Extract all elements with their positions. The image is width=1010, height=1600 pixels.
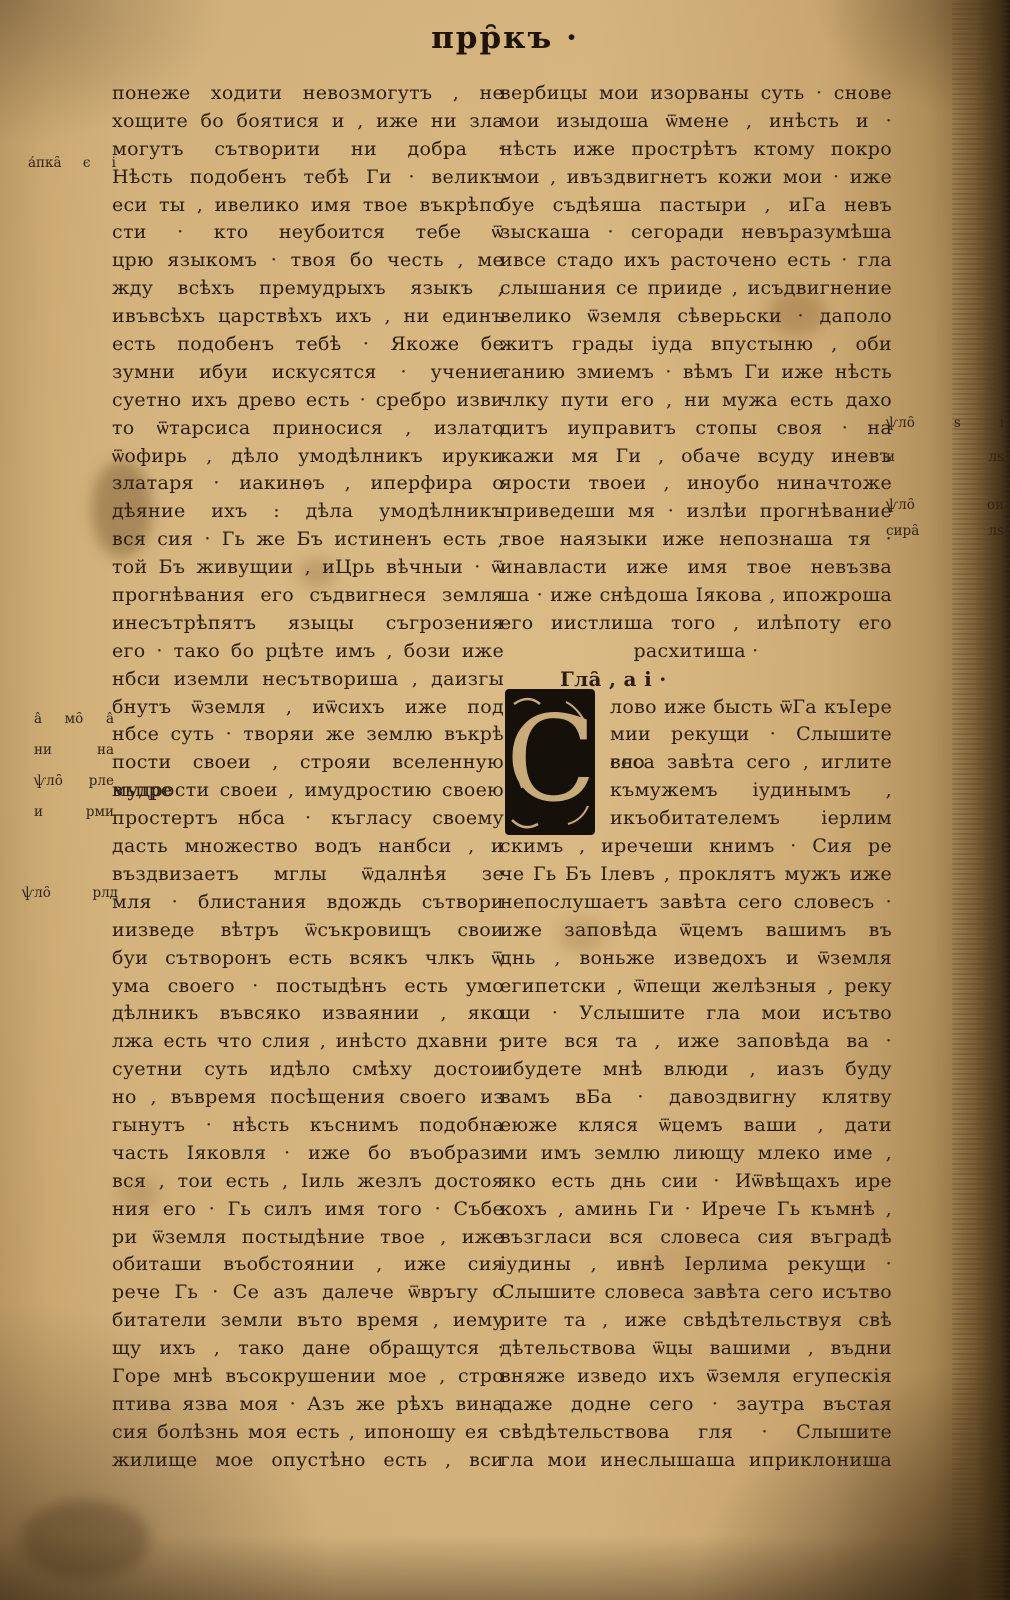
text-line: дѣтельствова ѿцы вашими , въдни [500,1335,892,1363]
text-line: вся , тои есть , Іиль жезлъ достоя [112,1168,504,1196]
text-line: ѿофирь , дѣло умодѣлникъ ируки [112,443,504,471]
text-line: мудрости своеи , имудростию своею [112,777,504,805]
text-line: вняже изведо ихъ ѿземля егупескія [500,1363,892,1391]
margin-note-psalm-sirach: ѱло̑ оисира̑ лѕ [886,492,1004,544]
text-line: еси ты , ивелико имя твое въкрѣпо [112,192,504,220]
text-line: вамъ вБа · давоздвигну клятву [500,1084,892,1112]
text-line: бнутъ ѿземля , иѿсихъ иже под [112,694,504,722]
text-line: вербицы мои изорваны суть · снове [500,80,892,108]
margin-note-line: ни на [34,735,114,766]
text-line: златаря · иакинѳъ , иперфира о [112,470,504,498]
text-line: суетни суть идѣло смѣху достои [112,1056,504,1084]
margin-note-line: ѱло̑ рле [34,766,114,797]
margin-note-line: и лѕ [886,440,1004,474]
book-page: прр̑къ · а́пка̑ є і а̂ мо̑ а̂ни наѱло̑ р… [0,0,1010,1600]
text-line: его иистлиша того , илѣпоту его [500,610,892,638]
text-line: танию змиемъ · вѣмъ Ги иже нѣсть [500,359,892,387]
page-edge-shadow [952,0,1010,1600]
text-line: дасть множество водъ нанбси , и [112,833,504,861]
text-line: рече Гь · Се азъ далече ѿвръгу о [112,1279,504,1307]
text-line: щу ихъ , тако дане обращутся · [112,1335,504,1363]
text-line: скимъ , иречеши книмъ · Сия ре [500,833,892,861]
text-line: буи сътворонъ есть всякъ члкъ ѿ [112,945,504,973]
margin-note-moses-psalms: а̂ мо̑ а̂ни наѱло̑ рлеи рми [34,704,114,828]
text-line: расхитиша · [500,638,892,666]
text-line: зумни ибуи искусятся · учение [112,359,504,387]
text-line: прогнѣвания его съдвигнеся земля [112,582,504,610]
text-line: птива язва моя · Азъ же рѣхъ вина [112,1391,504,1419]
text-line: кохъ , аминь Ги · Ирече Гь къмнѣ , [500,1196,892,1224]
text-line: той Бъ живущии , иЦрь вѣчныи · ѿ [112,554,504,582]
text-line: яко есть днь сии · Иѿвѣщахъ ире [500,1168,892,1196]
text-line: иизведе вѣтръ ѿсъкровищъ свои [112,917,504,945]
text-line: могутъ сътворити ни добра · [112,136,504,164]
text-line: ша · иже снѣдоша Іякова , ипожроша [500,582,892,610]
text-line: непослушаетъ завѣта сего словесъ · [500,889,892,917]
margin-note-line: ѱло̑ рлд [22,880,118,906]
text-line: иже заповѣда ѿцемъ вашимъ въ [500,917,892,945]
text-line: его · тако бо рцѣте имъ , бози иже [112,638,504,666]
text-line: нбси иземли несътвориша , даизгы [112,666,504,694]
text-line: Слышите словеса завѣта сего исътво [500,1279,892,1307]
text-line: есть подобенъ тебѣ · Якоже бе [112,331,504,359]
text-line: ивсе стадо ихъ расточено есть · гла [500,247,892,275]
text-line: въздвизаетъ мглы ѿдалнѣя зе [112,861,504,889]
text-line: днь , воньже изведохъ и ѿземля [500,945,892,973]
text-line: лжа есть что слия , инѣсто дхавни · [112,1028,504,1056]
text-line: египетски , ѿпещи желѣзныя , реку [500,973,892,1001]
text-line: свѣдѣтельствова гля · Слышите [500,1419,892,1447]
text-column-left: понеже ходити невозмогутъ , нехощите бо … [112,80,504,1475]
text-line: ибудете мнѣ влюди , иазъ буду [500,1056,892,1084]
text-line: обиташи въобстоянии , иже сия [112,1251,504,1279]
initial-letter-glyph: С [506,690,596,828]
text-line: ярости твоеи , иноубо ниначтоже [500,470,892,498]
text-line: гынутъ · нѣсть къснимъ подобна [112,1112,504,1140]
text-line: нбсе суть · творяи же землю въкрѣ [112,721,504,749]
text-line: приведеши мя · излѣи прогнѣвание [500,498,892,526]
text-line: рите та , иже свѣдѣтельствуя свѣ [500,1307,892,1335]
text-line: вся сия · Гь же Бъ истиненъ есть , [112,526,504,554]
margin-note-line: сира̑ лѕ [886,518,1004,544]
text-line: битатели земли въто время , иему [112,1307,504,1335]
text-line: инесътрѣпятъ языцы съгрозения [112,610,504,638]
text-line: црю языкомъ · твоя бо честь , ме [112,247,504,275]
text-line: буе съдѣяша пастыри , иГа невъ [500,192,892,220]
text-line: простертъ нбса · къгласу своему [112,805,504,833]
text-line: дѣлникъ въвсяко изваянии , яко [112,1000,504,1028]
text-line: мои , ивъздвигнетъ кожи мои · иже [500,164,892,192]
text-line: суетно ихъ древо есть · сребро изви [112,387,504,415]
text-line: пости своеи , строяи вселенную въпре [112,749,504,777]
paper-stain [20,1500,150,1580]
text-line: еюже кляся ѿцемъ ваши , дати [500,1112,892,1140]
text-line: іудины , ивнѣ Іерлима рекущи · [500,1251,892,1279]
text-line: понеже ходити невозмогутъ , не [112,80,504,108]
text-line: възгласи вся словеса сия въградѣ [500,1224,892,1252]
margin-note-line: и рми [34,797,114,828]
text-line: ума своего · постыдѣнъ есть умо [112,973,504,1001]
text-line: то ѿтарсиса приносися , излато [112,415,504,443]
text-line: гла мои инеслышаша иприклониша [500,1447,892,1475]
text-line: кажи мя Ги , обаче всуду иневъ [500,443,892,471]
text-line: твое наязыки иже непознаша тя · [500,526,892,554]
text-line: велико ѿземля сѣверьски · даполо [500,303,892,331]
text-line: жилище мое опустѣно есть , вси [112,1447,504,1475]
text-line: зыскаша · сегоради невъразумѣша [500,219,892,247]
text-line: Горе мнѣ въсокрушении мое , стро [112,1363,504,1391]
text-line: мои изыдоша ѿмене , инѣсть и · [500,108,892,136]
text-line: даже додне сего · заутра въстая [500,1391,892,1419]
text-line: житъ грады іуда впустыню , оби [500,331,892,359]
margin-note-psalm-6-36: ѱло̑ ѕ іи лѕ [886,406,1004,474]
decorated-initial-letter: С [504,688,596,836]
text-line: члку пути его , ни мужа есть дахо [500,387,892,415]
text-line: че Гь Бъ Ілевъ , проклятъ мужъ иже [500,861,892,889]
text-line: ния его · Гь силъ имя того · Събе [112,1196,504,1224]
margin-note-line: ѱло̑ ои [886,492,1004,518]
margin-note-line: а́пка̑ є і [28,150,116,176]
text-line: жду всѣхъ премудрыхъ языкъ , [112,275,504,303]
text-line: часть Іяковля · иже бо въобрази [112,1140,504,1168]
margin-note-line: а̂ мо̑ а̂ [34,704,114,735]
margin-note-apocalypse: а́пка̑ є і [28,150,116,176]
text-line: дитъ иуправитъ стопы своя · на [500,415,892,443]
text-line: сти · кто неубоится тебе ѿ [112,219,504,247]
text-line: но , въвремя посѣщения своего из [112,1084,504,1112]
text-line: мля · блистания вдождь сътвори [112,889,504,917]
text-line: ивъвсѣхъ царствѣхъ ихъ , ни единъ [112,303,504,331]
text-line: нѣсть иже прострѣтъ ктому покро [500,136,892,164]
text-line: хощите бо боятися и , иже ни зла [112,108,504,136]
margin-note-line: ѱло̑ ѕ і [886,406,1004,440]
margin-note-psalm-134: ѱло̑ рлд [22,880,118,906]
text-line: сия болѣзнь моя есть , ипоношу ея · [112,1419,504,1447]
text-line: ри ѿземля постыдѣние твое , иже [112,1224,504,1252]
text-line: щи · Услышите гла мои исътво [500,1000,892,1028]
text-line: Нѣсть подобенъ тебѣ Ги · великъ [112,164,504,192]
running-header: прр̑къ · [0,20,1010,56]
text-line: ми имъ землю лиющу млеко име , [500,1140,892,1168]
text-line: инавласти иже имя твое невъзва [500,554,892,582]
text-line: слышания се прииде , исъдвигнение [500,275,892,303]
text-line: рите вся та , иже заповѣда ва · [500,1028,892,1056]
text-line: дѣяние ихъ : дѣла умодѣлникъ [112,498,504,526]
